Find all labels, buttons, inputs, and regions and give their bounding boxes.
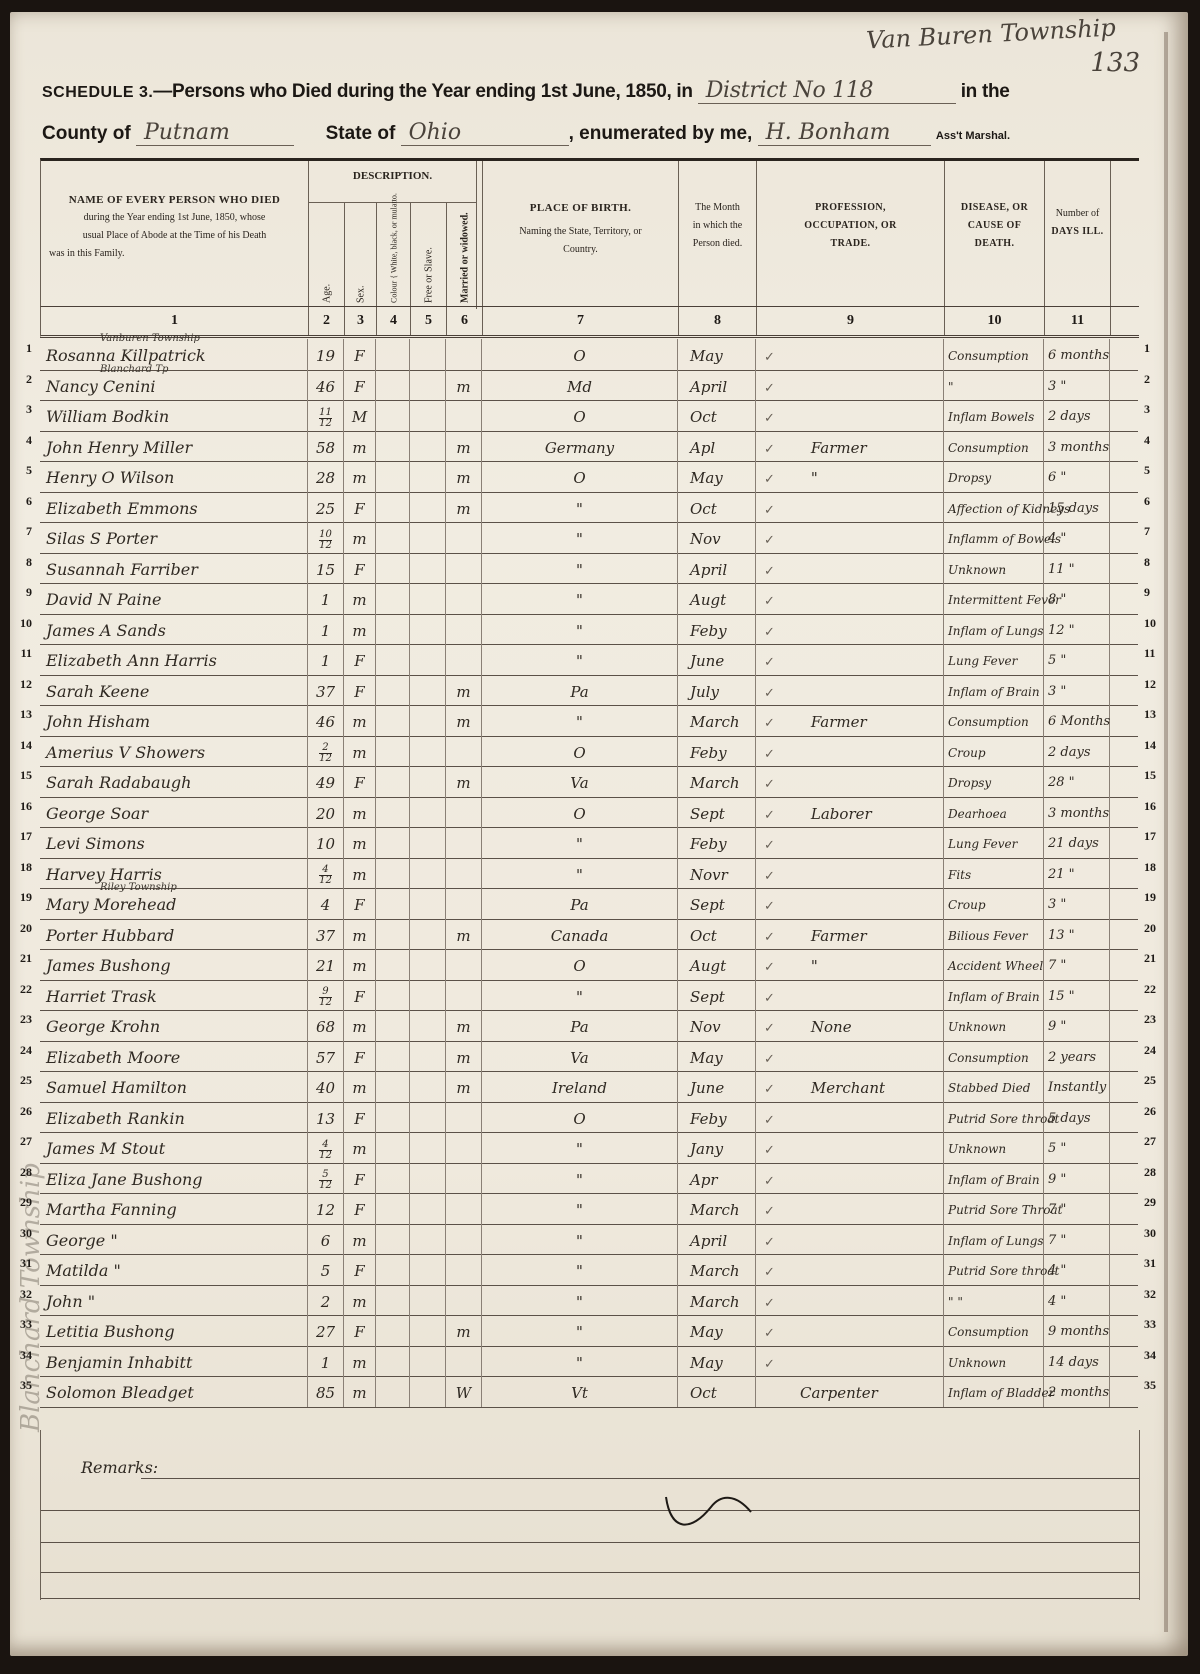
cell-birth: Ireland — [482, 1071, 678, 1102]
row-number-right: 3 — [1144, 402, 1166, 417]
header-disease-line1: DISEASE, OR — [951, 199, 1038, 217]
name-text: Mary Morehead — [46, 895, 176, 914]
birth-text: " — [576, 1354, 583, 1372]
name-text: John Hisham — [46, 712, 150, 731]
cell-married — [446, 1132, 482, 1163]
header-free-slave: Free or Slave. — [411, 203, 447, 309]
birth-text: Pa — [570, 683, 588, 701]
row-number-left: 31 — [12, 1256, 32, 1271]
name-text: Nancy Cenini — [46, 377, 155, 396]
cell-days: 2 days — [1044, 736, 1110, 767]
sex-text: F — [354, 988, 364, 1006]
table-row: 33Letitia Bushong27Fm"May✓Consumption9 m… — [40, 1315, 1138, 1347]
cell-sex: F — [344, 370, 376, 401]
row-number-right: 1 — [1144, 341, 1166, 356]
birth-text: " — [576, 530, 583, 548]
married-text: m — [456, 1079, 470, 1097]
cell-birth: " — [482, 492, 678, 523]
sex-text: F — [354, 347, 364, 365]
age-text: 46 — [316, 378, 335, 396]
cell-days: 6 " — [1044, 461, 1110, 492]
row-number-left: 24 — [12, 1043, 32, 1058]
cell-age: 40 — [308, 1071, 344, 1102]
cell-disease: Inflam of Bladder — [944, 1376, 1044, 1407]
age-text: 58 — [316, 439, 335, 457]
cell-month: May — [678, 1346, 756, 1377]
remarks-line-4 — [41, 1572, 1139, 1573]
table-row: 31Matilda "5F"March✓Putrid Sore throat4 … — [40, 1254, 1138, 1286]
cell-sex: m — [344, 1346, 376, 1377]
days-text: 4 " — [1048, 1294, 1066, 1309]
name-text: William Bodkin — [46, 407, 169, 426]
header-days-ill: Number of DAYS ILL. — [1045, 161, 1111, 309]
col-number-3: 3 — [345, 307, 377, 335]
cell-days: 3 " — [1044, 675, 1110, 706]
checkmark-icon: ✓ — [764, 625, 775, 640]
cell-days: 9 " — [1044, 1163, 1110, 1194]
col-number-2: 2 — [309, 307, 345, 335]
disease-text: Dropsy — [948, 776, 991, 790]
cell-empty — [410, 339, 446, 370]
cell-married — [446, 339, 482, 370]
checkmark-icon: ✓ — [764, 808, 775, 823]
row-number-right: 5 — [1144, 463, 1166, 478]
cell-days: 7 " — [1044, 1193, 1110, 1224]
name-text: Harvey Harris — [46, 865, 162, 884]
cell-birth: " — [482, 1163, 678, 1194]
cell-occupation: ✓" — [756, 461, 944, 492]
occupation-text: None — [811, 1018, 852, 1036]
name-text: George Soar — [46, 804, 148, 823]
cell-name: Henry O Wilson — [40, 461, 308, 492]
sex-text: m — [352, 1232, 366, 1250]
birth-text: " — [576, 713, 583, 731]
header-disease-line2: CAUSE OF — [951, 217, 1038, 235]
cell-birth: Vt — [482, 1376, 678, 1407]
header-married-text: Married or widowed. — [459, 212, 470, 303]
days-text: 9 " — [1048, 1019, 1066, 1034]
checkmark-icon: ✓ — [764, 442, 775, 457]
disease-text: Putrid Sore throat — [948, 1264, 1059, 1278]
sex-text: m — [352, 866, 366, 884]
days-text: 6 months — [1048, 348, 1109, 363]
cell-sex: F — [344, 1254, 376, 1285]
row-number-left: 21 — [12, 951, 32, 966]
days-text: 2 days — [1048, 409, 1091, 424]
col-number-4: 4 — [377, 307, 411, 335]
cell-married — [446, 1224, 482, 1255]
name-text: Silas S Porter — [46, 529, 157, 548]
sex-text: m — [352, 1140, 366, 1158]
remarks-label: Remarks: — [81, 1458, 158, 1477]
cell-sex: m — [344, 522, 376, 553]
month-text: Oct — [690, 1384, 717, 1402]
cell-disease: Unknown — [944, 1010, 1044, 1041]
cell-month: Oct — [678, 1376, 756, 1407]
cell-days: 3 " — [1044, 370, 1110, 401]
cell-empty — [410, 705, 446, 736]
cell-empty — [410, 1285, 446, 1316]
cell-birth: Canada — [482, 919, 678, 950]
row-number-left: 14 — [12, 738, 32, 753]
checkmark-icon: ✓ — [764, 381, 775, 396]
month-text: Augt — [690, 957, 726, 975]
name-text: Solomon Bleadget — [46, 1383, 194, 1402]
cell-age: 25 — [308, 492, 344, 523]
cell-disease: Bilious Fever — [944, 919, 1044, 950]
cell-empty — [376, 339, 410, 370]
cell-sex: F — [344, 675, 376, 706]
cell-age: 57 — [308, 1041, 344, 1072]
age-fraction: 212 — [319, 743, 332, 764]
days-text: 5 days — [1048, 1111, 1091, 1126]
cell-disease: Inflam Bowels — [944, 400, 1044, 431]
cell-age: 412 — [308, 1132, 344, 1163]
table-row: 1Rosanna KillpatrickVanburen Township19F… — [40, 339, 1138, 371]
checkmark-icon: ✓ — [764, 960, 775, 975]
month-text: May — [690, 1354, 723, 1372]
birth-text: " — [576, 561, 583, 579]
age-text: 85 — [316, 1384, 335, 1402]
birth-text: O — [573, 469, 585, 487]
disease-text: Dearhoea — [948, 807, 1007, 821]
cell-name: Susannah Farriber — [40, 553, 308, 584]
header-name: NAME OF EVERY PERSON WHO DIED during the… — [41, 161, 309, 309]
name-text: Sarah Radabaugh — [46, 773, 191, 792]
age-text: 13 — [316, 1110, 335, 1128]
row-number-left: 9 — [12, 585, 32, 600]
census-page: Van Buren Township 133 SCHEDULE 3.—Perso… — [10, 12, 1188, 1656]
header-birthplace: PLACE OF BIRTH. Naming the State, Territ… — [483, 161, 679, 309]
checkmark-icon: ✓ — [764, 991, 775, 1006]
row-number-left: 32 — [12, 1287, 32, 1302]
cell-days: 15 " — [1044, 980, 1110, 1011]
cell-empty — [376, 1193, 410, 1224]
month-text: Sept — [690, 805, 725, 823]
cell-disease: Inflam of Lungs — [944, 614, 1044, 645]
cell-empty — [376, 492, 410, 523]
cell-empty — [410, 675, 446, 706]
col-number-8: 8 — [679, 307, 757, 335]
cell-name: John " — [40, 1285, 308, 1316]
month-text: April — [690, 378, 727, 396]
cell-month: Sept — [678, 797, 756, 828]
header-sex-text: Sex. — [355, 286, 366, 304]
cell-empty — [376, 461, 410, 492]
row-number-left: 30 — [12, 1226, 32, 1241]
table-row: 13John Hisham46mm"March✓FarmerConsumptio… — [40, 705, 1138, 737]
sex-text: m — [352, 957, 366, 975]
age-text: 27 — [316, 1323, 335, 1341]
cell-married: m — [446, 1041, 482, 1072]
cell-days: 28 " — [1044, 766, 1110, 797]
sex-text: m — [352, 530, 366, 548]
cell-age: 2 — [308, 1285, 344, 1316]
month-text: June — [690, 1079, 724, 1097]
cell-sex: F — [344, 553, 376, 584]
remarks-bottom-border — [41, 1598, 1139, 1602]
cell-name: Solomon Bleadget — [40, 1376, 308, 1407]
cell-age: 46 — [308, 370, 344, 401]
disease-text: Croup — [948, 898, 986, 912]
month-text: Novr — [690, 866, 728, 884]
name-text: Susannah Farriber — [46, 560, 198, 579]
age-text: 5 — [321, 1262, 331, 1280]
table-row: 22Harriet Trask912F"Sept✓Inflam of Brain… — [40, 980, 1138, 1012]
sex-text: F — [354, 1323, 364, 1341]
cell-days: Instantly — [1044, 1071, 1110, 1102]
days-text: 4 " — [1048, 531, 1066, 546]
days-text: Instantly — [1048, 1080, 1106, 1095]
table-row: 18Harvey Harris412m"Novr✓Fits21 "18 — [40, 858, 1138, 890]
cell-married: m — [446, 675, 482, 706]
disease-text: Accident Wheel — [948, 959, 1043, 973]
cell-month: Augt — [678, 583, 756, 614]
disease-text: Inflam of Brain — [948, 1173, 1040, 1187]
header-month: The Month in which the Person died. — [679, 161, 757, 309]
cell-empty — [410, 492, 446, 523]
cell-month: March — [678, 1285, 756, 1316]
header-name-line3: usual Place of Abode at the Time of his … — [47, 227, 302, 245]
cell-disease: Croup — [944, 888, 1044, 919]
table-row: 10James A Sands1m"Feby✓Inflam of Lungs12… — [40, 614, 1138, 646]
name-text: James M Stout — [46, 1139, 165, 1158]
days-text: 3 months — [1048, 440, 1109, 455]
days-text: 3 months — [1048, 806, 1109, 821]
header-month-line2: in which the — [685, 217, 750, 235]
name-text: Elizabeth Moore — [46, 1048, 180, 1067]
row-number-right: 22 — [1144, 982, 1166, 997]
row-number-right: 2 — [1144, 372, 1166, 387]
cell-disease: Unknown — [944, 1346, 1044, 1377]
sex-text: m — [352, 439, 366, 457]
checkmark-icon: ✓ — [764, 1082, 775, 1097]
cell-married: m — [446, 461, 482, 492]
cell-days: 9 " — [1044, 1010, 1110, 1041]
days-text: 13 " — [1048, 928, 1075, 943]
cell-married — [446, 736, 482, 767]
cell-empty — [376, 675, 410, 706]
married-text: m — [456, 1323, 470, 1341]
cell-age: 15 — [308, 553, 344, 584]
row-number-left: 17 — [12, 829, 32, 844]
cell-birth: " — [482, 614, 678, 645]
month-text: Feby — [690, 1110, 727, 1128]
sex-text: m — [352, 744, 366, 762]
cell-married — [446, 1285, 482, 1316]
days-text: 7 " — [1048, 1202, 1066, 1217]
cell-birth: Va — [482, 766, 678, 797]
cell-month: May — [678, 461, 756, 492]
cell-empty — [410, 1010, 446, 1041]
row-number-left: 15 — [12, 768, 32, 783]
schedule-title: SCHEDULE 3.—Persons who Died during the … — [42, 78, 1010, 104]
cell-birth: O — [482, 400, 678, 431]
cell-days: 8 " — [1044, 583, 1110, 614]
county-label: County of — [42, 123, 131, 144]
cell-occupation: ✓Farmer — [756, 919, 944, 950]
name-text: Sarah Keene — [46, 682, 149, 701]
township-note: Vanburen Township — [100, 333, 200, 345]
cell-days: 12 " — [1044, 614, 1110, 645]
occupation-text: " — [811, 469, 818, 487]
cell-disease: Inflam of Brain — [944, 980, 1044, 1011]
cell-name: Elizabeth Emmons — [40, 492, 308, 523]
days-text: 14 days — [1048, 1355, 1099, 1370]
month-text: March — [690, 713, 740, 731]
cell-age: 37 — [308, 675, 344, 706]
cell-married — [446, 797, 482, 828]
age-text: 49 — [316, 774, 335, 792]
month-text: Jany — [690, 1140, 723, 1158]
married-text: m — [456, 439, 470, 457]
enumerator-field: H. Bonham — [758, 120, 931, 146]
name-text: Samuel Hamilton — [46, 1078, 187, 1097]
header-name-line4: was in this Family. — [47, 245, 302, 263]
row-number-left: 7 — [12, 524, 32, 539]
month-text: Feby — [690, 744, 727, 762]
sex-text: m — [352, 1018, 366, 1036]
month-text: March — [690, 1262, 740, 1280]
month-text: Nov — [690, 530, 721, 548]
month-text: Augt — [690, 591, 726, 609]
birth-text: " — [576, 1201, 583, 1219]
cell-disease: Inflam of Brain — [944, 675, 1044, 706]
cell-name: Martha Fanning — [40, 1193, 308, 1224]
row-number-right: 33 — [1144, 1317, 1166, 1332]
occupation-text: Farmer — [811, 439, 867, 457]
sex-text: F — [354, 1262, 364, 1280]
table-row: 6Elizabeth Emmons25Fm"Oct✓Affection of K… — [40, 492, 1138, 524]
age-text: 1 — [321, 1354, 331, 1372]
days-text: 12 " — [1048, 623, 1075, 638]
cell-occupation: ✓ — [756, 1102, 944, 1133]
cell-empty — [410, 370, 446, 401]
birth-text: Vt — [571, 1384, 588, 1402]
name-text: Porter Hubbard — [46, 926, 174, 945]
checkmark-icon: ✓ — [764, 1113, 775, 1128]
birth-text: Va — [570, 774, 588, 792]
cell-empty — [376, 858, 410, 889]
cell-married — [446, 644, 482, 675]
cell-married — [446, 522, 482, 553]
name-text: George Krohn — [46, 1017, 160, 1036]
birth-text: " — [576, 1140, 583, 1158]
checkmark-icon: ✓ — [764, 1143, 775, 1158]
age-text: 37 — [316, 683, 335, 701]
sex-text: F — [354, 1110, 364, 1128]
cell-sex: F — [344, 644, 376, 675]
table-row: 20Porter Hubbard37mmCanadaOct✓FarmerBili… — [40, 919, 1138, 951]
cell-month: June — [678, 644, 756, 675]
days-text: 3 " — [1048, 897, 1066, 912]
cell-empty — [410, 522, 446, 553]
sex-text: m — [352, 622, 366, 640]
row-number-left: 26 — [12, 1104, 32, 1119]
age-text: 4 — [321, 896, 331, 914]
cell-sex: m — [344, 461, 376, 492]
cell-birth: Pa — [482, 675, 678, 706]
cell-birth: " — [482, 1132, 678, 1163]
cell-name: Elizabeth Rankin — [40, 1102, 308, 1133]
cell-month: May — [678, 1315, 756, 1346]
disease-text: Bilious Fever — [948, 929, 1028, 943]
row-number-left: 33 — [12, 1317, 32, 1332]
married-text: m — [456, 927, 470, 945]
cell-age: 4 — [308, 888, 344, 919]
header-month-line3: Person died. — [685, 235, 750, 253]
cell-sex: m — [344, 797, 376, 828]
age-text: 1 — [321, 591, 331, 609]
sex-text: m — [352, 713, 366, 731]
cell-disease: Putrid Sore Throat — [944, 1193, 1044, 1224]
cell-empty — [410, 1254, 446, 1285]
cell-occupation: ✓Farmer — [756, 705, 944, 736]
age-text: 68 — [316, 1018, 335, 1036]
cell-birth: " — [482, 1254, 678, 1285]
remarks-section: Remarks: — [40, 1430, 1140, 1600]
cell-age: 512 — [308, 1163, 344, 1194]
days-text: 9 months — [1048, 1324, 1109, 1339]
cell-occupation: ✓Farmer — [756, 431, 944, 462]
cell-age: 12 — [308, 1193, 344, 1224]
location-line: County of Putnam State of Ohio, enumerat… — [42, 120, 1010, 146]
column-number-row: 1 2 3 4 5 6 7 8 9 10 11 — [40, 306, 1139, 338]
cell-age: 20 — [308, 797, 344, 828]
name-text: Levi Simons — [46, 834, 145, 853]
age-text: 2 — [321, 1293, 331, 1311]
month-text: May — [690, 469, 723, 487]
days-text: 5 " — [1048, 1141, 1066, 1156]
cell-days: 4 " — [1044, 522, 1110, 553]
name-text: Amerius V Showers — [46, 743, 205, 762]
checkmark-icon: ✓ — [764, 899, 775, 914]
occupation-text: Farmer — [811, 927, 867, 945]
row-number-right: 13 — [1144, 707, 1166, 722]
header-married: Married or widowed. — [447, 161, 483, 309]
cell-empty — [410, 858, 446, 889]
cell-disease: Unknown — [944, 1132, 1044, 1163]
birth-text: " — [576, 591, 583, 609]
cell-age: 10 — [308, 827, 344, 858]
days-text: 28 " — [1048, 775, 1075, 790]
cell-age: 6 — [308, 1224, 344, 1255]
cell-disease: Inflam of Lungs — [944, 1224, 1044, 1255]
cell-sex: F — [344, 1163, 376, 1194]
cell-occupation: ✓ — [756, 827, 944, 858]
row-number-left: 2 — [12, 372, 32, 387]
cell-empty — [410, 583, 446, 614]
birth-text: Md — [567, 378, 592, 396]
cell-empty — [376, 1376, 410, 1407]
age-fraction: 1012 — [319, 530, 332, 551]
cell-married — [446, 827, 482, 858]
days-text: 2 days — [1048, 745, 1091, 760]
cell-empty — [410, 1224, 446, 1255]
cell-married: m — [446, 766, 482, 797]
cell-birth: " — [482, 1315, 678, 1346]
age-fraction: 1112 — [319, 408, 332, 429]
row-number-right: 11 — [1144, 646, 1166, 661]
cell-empty — [376, 949, 410, 980]
cell-month: Oct — [678, 492, 756, 523]
cell-month: Oct — [678, 919, 756, 950]
sex-text: F — [354, 378, 364, 396]
cell-sex: m — [344, 919, 376, 950]
cell-days: 5 " — [1044, 644, 1110, 675]
name-text: James A Sands — [46, 621, 166, 640]
cell-days: 4 " — [1044, 1285, 1110, 1316]
